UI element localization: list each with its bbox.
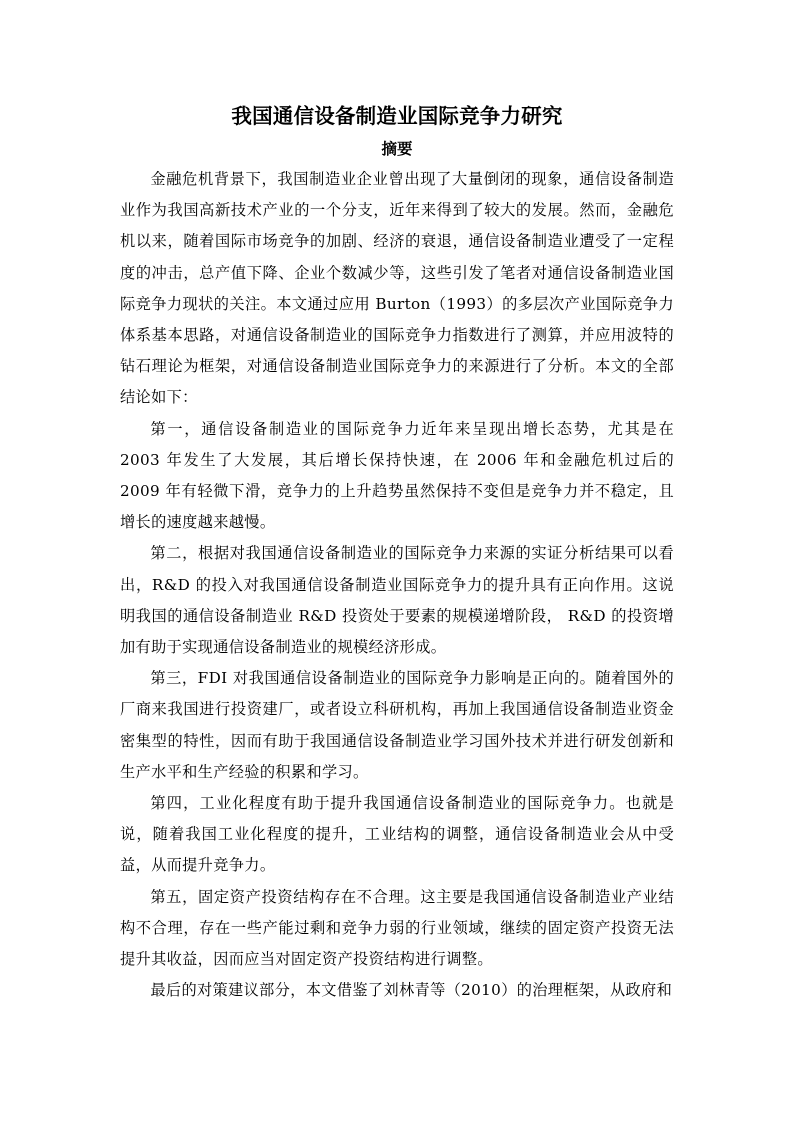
abstract-heading: 摘要 xyxy=(120,134,674,164)
document-title: 我国通信设备制造业国际竞争力研究 xyxy=(120,98,674,134)
abstract-paragraph-conclusion-1: 第一，通信设备制造业的国际竞争力近年来呈现出增长态势，尤其是在 2003 年发生… xyxy=(120,414,674,539)
document-page: 我国通信设备制造业国际竞争力研究 摘要 金融危机背景下，我国制造业企业曾出现了大… xyxy=(120,98,674,1006)
abstract-paragraph-conclusion-3: 第三，FDI 对我国通信设备制造业的国际竞争力影响是正向的。随着国外的厂商来我国… xyxy=(120,663,674,788)
abstract-paragraph-intro: 金融危机背景下，我国制造业企业曾出现了大量倒闭的现象，通信设备制造业作为我国高新… xyxy=(120,164,674,414)
abstract-paragraph-recommendations: 最后的对策建议部分，本文借鉴了刘林青等（2010）的治理框架，从政府和 xyxy=(120,975,674,1006)
abstract-paragraph-conclusion-4: 第四，工业化程度有助于提升我国通信设备制造业的国际竞争力。也就是说，随着我国工业… xyxy=(120,788,674,882)
abstract-paragraph-conclusion-2: 第二，根据对我国通信设备制造业的国际竞争力来源的实证分析结果可以看出，R&D 的… xyxy=(120,538,674,663)
abstract-paragraph-conclusion-5: 第五，固定资产投资结构存在不合理。这主要是我国通信设备制造业产业结构不合理，存在… xyxy=(120,882,674,976)
